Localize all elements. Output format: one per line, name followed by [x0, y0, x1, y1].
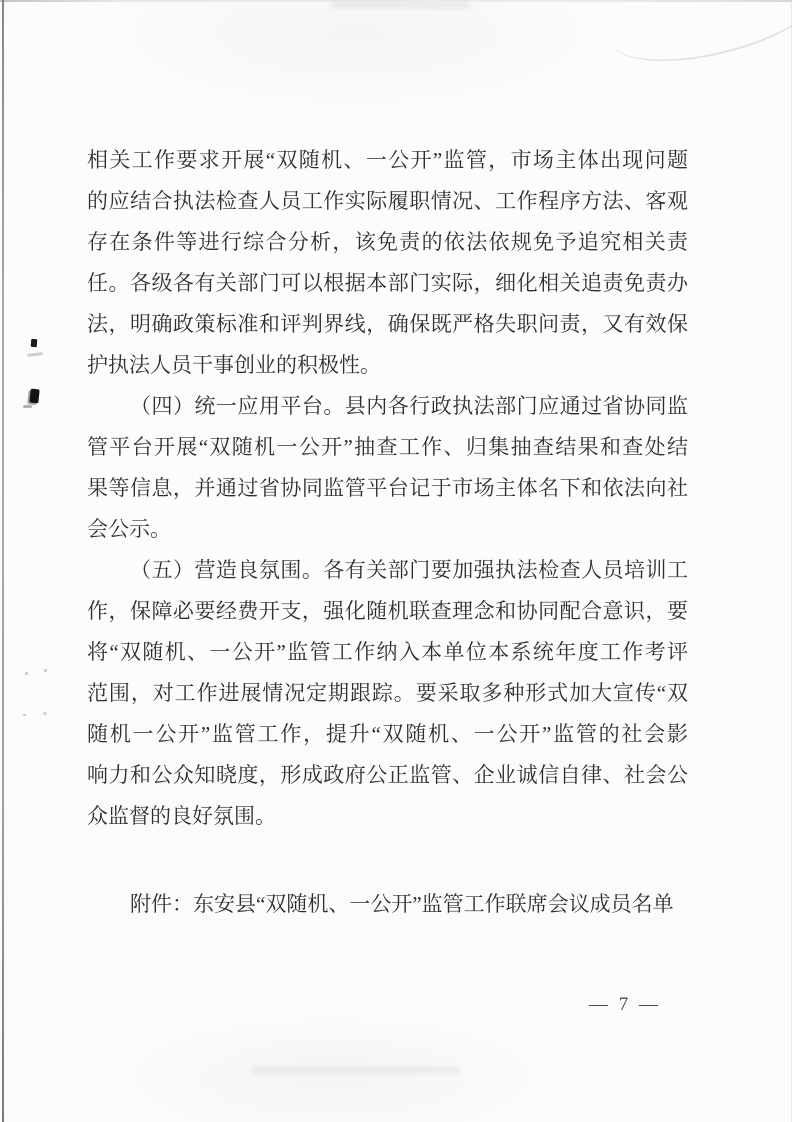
page-corner-fold-mark [600, 0, 792, 79]
text-line: 响力和公众知晓度，形成政府公正监管、企业诚信自律、社会公 [87, 755, 688, 796]
ink-scribble [27, 352, 43, 357]
page-number: — 7 — [558, 994, 692, 1016]
ink-mark [29, 389, 39, 404]
text-line: 相关工作要求开展“双随机、一公开”监管，市场主体出现问题 [87, 140, 688, 181]
text-line: 范围，对工作进展情况定期跟踪。要采取多种形式加大宣传“双 [87, 673, 688, 714]
text-line: 作，保障必要经费开支，强化随机联查理念和协同配合意识，要 [87, 591, 688, 632]
ink-mark [31, 339, 38, 347]
text-line: 存在条件等进行综合分析，该免责的依法依规免予追究相关责 [87, 222, 688, 263]
text-line: 任。各级各有关部门可以根据本部门实际，细化相关追责免责办 [87, 263, 688, 304]
document-body: 相关工作要求开展“双随机、一公开”监管，市场主体出现问题 的应结合执法检查人员工… [87, 140, 688, 837]
text-line: 将“双随机、一公开”监管工作纳入本单位本系统年度工作考评 [87, 632, 688, 673]
text-line: 随机一公开”监管工作，提升“双随机、一公开”监管的社会影 [87, 714, 688, 755]
text-line: （四）统一应用平台。县内各行政执法部门应通过省协同监 [87, 386, 688, 427]
text-line: 众监督的良好氛围。 [87, 796, 688, 837]
paragraph-item-4: （四）统一应用平台。县内各行政执法部门应通过省协同监 管平台开展“双随机一公开”… [87, 386, 688, 550]
scan-smudge-bottom [250, 1066, 460, 1074]
paragraph-continuation: 相关工作要求开展“双随机、一公开”监管，市场主体出现问题 的应结合执法检查人员工… [87, 140, 688, 386]
attachment-note: 附件：东安县“双随机、一公开”监管工作联席会议成员名单 [87, 884, 770, 925]
text-line: 护执法人员干事创业的积极性。 [87, 345, 688, 386]
text-line: 果等信息，并通过省协同监管平台记于市场主体名下和依法向社 [87, 468, 688, 509]
scan-speck [25, 672, 28, 675]
scan-speck [43, 712, 47, 715]
scan-smudge-top [330, 1, 470, 9]
scan-speck [44, 669, 47, 672]
text-line: 的应结合执法检查人员工作实际履职情况、工作程序方法、客观 [87, 181, 688, 222]
text-line: 会公示。 [87, 509, 688, 550]
text-line: 法，明确政策标准和评判界线，确保既严格失职问责，又有效保 [87, 304, 688, 345]
text-line: 管平台开展“双随机一公开”抽查工作、归集抽查结果和查处结 [87, 427, 688, 468]
scan-left-edge-line [2, 0, 4, 1122]
scanned-document-page: 相关工作要求开展“双随机、一公开”监管，市场主体出现问题 的应结合执法检查人员工… [0, 0, 792, 1122]
scan-speck [23, 714, 26, 716]
text-line: （五）营造良氛围。各有关部门要加强执法检查人员培训工 [87, 550, 688, 591]
paragraph-item-5: （五）营造良氛围。各有关部门要加强执法检查人员培训工 作，保障必要经费开支，强化… [87, 550, 688, 837]
ink-scribble [23, 405, 32, 408]
